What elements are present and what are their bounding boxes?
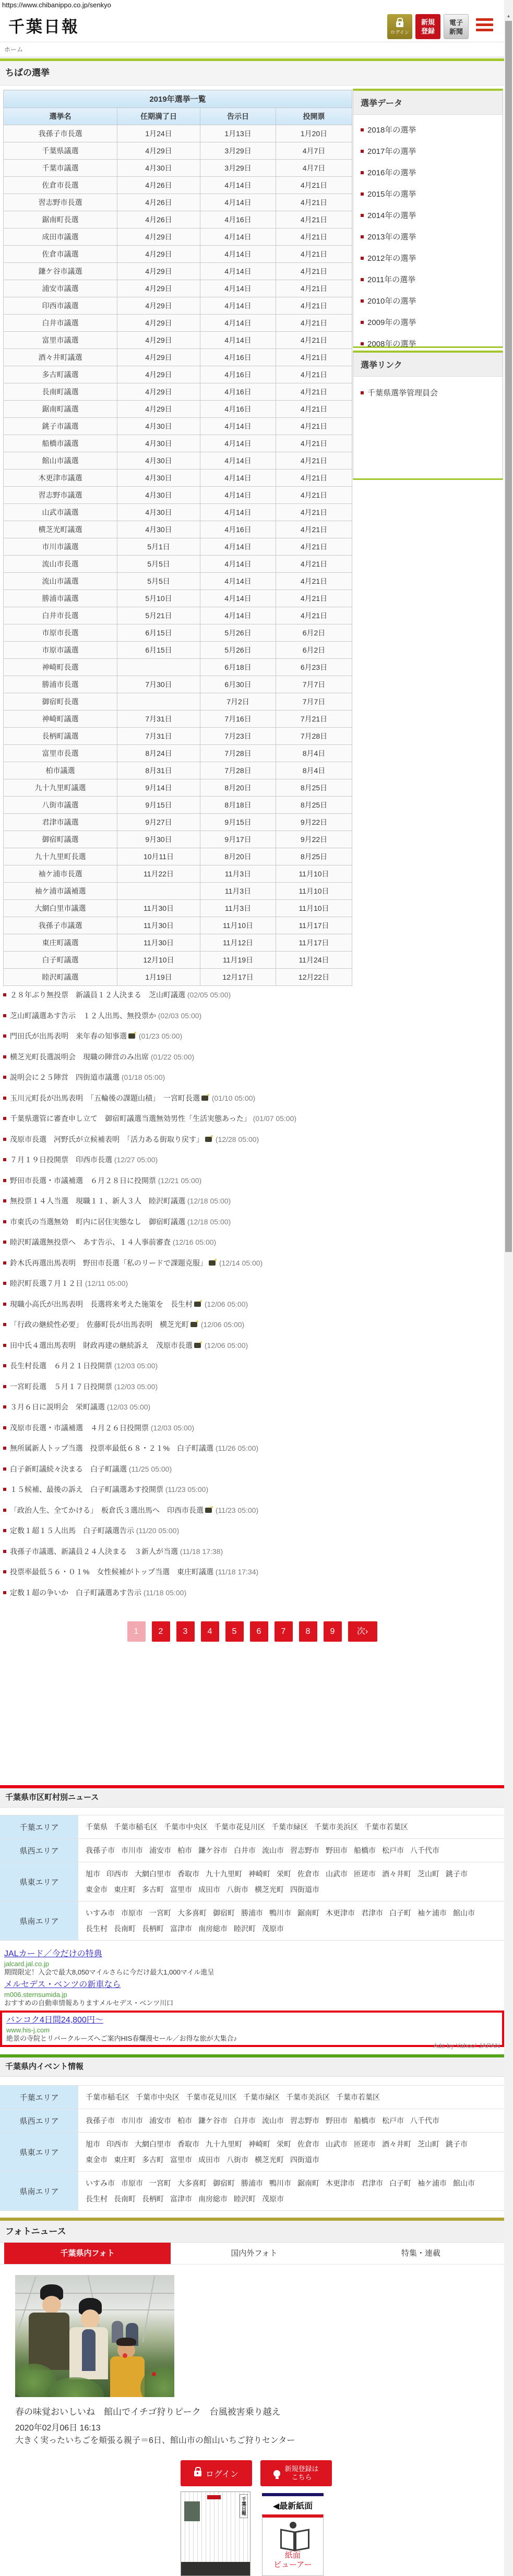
news-date: (01/23 05:00) — [137, 1032, 182, 1040]
news-item: 茂原市長選 河野氏が立候補表明 「活力ある街取り戻す」 (12/28 05:00… — [3, 1132, 368, 1153]
table-row: 柏市議選8月31日7月28日8月4日 — [4, 762, 352, 779]
election-date-cell: 11月10日 — [276, 900, 352, 917]
region-link[interactable]: 木更津市 — [326, 1905, 355, 1921]
newspaper-masthead: 千葉日報 — [240, 2494, 248, 2518]
region-link[interactable]: 木更津市 — [326, 2175, 355, 2191]
region-items: 千葉市稲毛区千葉市中央区千葉市花見川区千葉市緑区千葉市美浜区千葉市若葉区 — [78, 2086, 504, 2109]
page: https://www.chibanippo.co.jp/senkyo 千葉日報… — [0, 0, 513, 2576]
region-link[interactable]: 長南町 — [114, 1921, 136, 1936]
region-link[interactable]: 大多喜町 — [177, 1905, 207, 1921]
news-date: (12/03 05:00) — [112, 1362, 158, 1370]
election-date-cell: 4月21日 — [276, 211, 352, 228]
news-date: (02/05 05:00) — [185, 991, 231, 999]
region-link[interactable]: 白子町 — [389, 2175, 411, 2191]
news-item: 長生村長選 ６月２１日投開票 (12/03 05:00) — [3, 1358, 368, 1379]
pagination: 123456789次› — [0, 1621, 504, 1642]
election-date-cell: 4月21日 — [276, 315, 352, 332]
table-row: 佐倉市議選4月29日4月14日4月21日 — [4, 246, 352, 263]
region-link[interactable]: 千葉市若葉区 — [336, 2089, 380, 2105]
region-link[interactable]: 大網白里市 — [135, 2136, 171, 2152]
newspaper-front-page-thumbnail[interactable]: 千葉日報 — [181, 2491, 250, 2576]
table-caption: 2019年選挙一覧 — [4, 90, 352, 108]
region-link[interactable]: 大多喜町 — [177, 2175, 207, 2191]
news-item: 説明会に２５陣営 四街道市議選 (01/18 05:00) — [3, 1070, 368, 1091]
bullet-icon — [3, 1282, 6, 1285]
election-name-cell: 九十九里町長選 — [4, 848, 117, 865]
region-link[interactable]: 館山市 — [453, 1905, 475, 1921]
region-link[interactable]: 南房総市 — [198, 2191, 228, 2207]
region-link[interactable]: 鴨川市 — [269, 1905, 291, 1921]
ad-title-link[interactable]: JALカード／今だけの特典 — [4, 1949, 102, 1958]
news-link[interactable]: 説明会に２５陣営 四街道市議選 — [10, 1073, 120, 1081]
election-date-cell: 4月14日 — [200, 263, 276, 280]
election-date-cell: 4月21日 — [276, 573, 352, 590]
region-link[interactable]: 八千代市 — [410, 2113, 439, 2128]
region-link[interactable]: 成田市 — [198, 2152, 220, 2168]
pagination-page-5[interactable]: 5 — [225, 1621, 244, 1642]
region-link[interactable]: 南房総市 — [198, 1921, 228, 1936]
region-link[interactable]: 鴨川市 — [269, 2175, 291, 2191]
region-link[interactable]: 袖ケ浦市 — [417, 2175, 447, 2191]
news-link[interactable]: ３月６日に説明会 栄町議選 — [10, 1403, 105, 1411]
news-link[interactable]: 千葉県選管に審査申し立て 御宿町議選当選無効男性「生活実態あった」 — [10, 1114, 251, 1123]
region-link[interactable]: 匝瑳市 — [354, 2136, 376, 2152]
region-link[interactable]: 東金市 — [86, 2152, 108, 2168]
region-link[interactable]: 鋸南町 — [297, 1905, 319, 1921]
epaper-button[interactable]: 電子 新聞 — [444, 14, 469, 39]
scrollbar[interactable]: ▲ — [504, 0, 513, 2576]
region-link[interactable]: 東庄町 — [114, 1882, 136, 1897]
region-link[interactable]: 九十九里町 — [206, 1866, 242, 1882]
election-name-cell: 富里市議選 — [4, 332, 117, 349]
sidebar-year-link[interactable]: 2016年の選挙 — [367, 168, 416, 177]
region-link[interactable]: 我孫子市 — [86, 2113, 115, 2128]
region-link[interactable]: 一宮町 — [149, 2175, 171, 2191]
region-link[interactable]: 長南町 — [114, 2191, 136, 2207]
region-link[interactable]: 流山市 — [262, 1843, 284, 1858]
region-link[interactable]: 千葉市稲毛区 — [86, 2089, 129, 2105]
footer-register-button[interactable]: 新規登録はこちら — [260, 2460, 332, 2486]
region-link[interactable]: 銚子市 — [446, 1866, 468, 1882]
region-link[interactable]: 佐倉市 — [297, 2136, 319, 2152]
footer-login-button[interactable]: ログイン — [181, 2460, 252, 2486]
news-link[interactable]: 無投票１４人当選 現職１１、新人３人 睦沢町議選 — [10, 1197, 185, 1205]
region-link[interactable]: 横芝光町 — [255, 2152, 284, 2168]
region-label: 県西エリア — [0, 2109, 78, 2132]
bullet-icon — [361, 342, 364, 345]
bullet-icon — [361, 299, 364, 303]
region-link[interactable]: 千葉市美浜区 — [314, 1819, 358, 1835]
region-link[interactable]: 流山市 — [262, 2113, 284, 2128]
ad-title-link[interactable]: バンコク4日間24,800円～ — [6, 2016, 103, 2025]
sidebar-election-data-box: 選挙データ 2018年の選挙2017年の選挙2016年の選挙2015年の選挙20… — [353, 89, 503, 348]
region-link[interactable]: 酒々井町 — [382, 2136, 411, 2152]
pagination-page-9[interactable]: 9 — [324, 1621, 342, 1642]
epaper-label-2: 新聞 — [444, 27, 468, 36]
bullet-icon — [3, 1426, 6, 1429]
region-link[interactable]: 野田市 — [326, 1843, 348, 1858]
region-link[interactable]: 松戸市 — [382, 1843, 404, 1858]
pagination-next[interactable]: 次› — [348, 1621, 377, 1642]
election-date-cell: 4月21日 — [276, 366, 352, 383]
news-date: (12/11 05:00) — [83, 1279, 128, 1287]
region-link[interactable]: 長生村 — [86, 1921, 108, 1936]
news-link[interactable]: 茂原市長選 河野氏が立候補表明 「活力ある街取り戻す」 — [10, 1135, 204, 1143]
region-link[interactable]: 千葉市中央区 — [164, 1819, 208, 1835]
sidebar-year-link[interactable]: 2013年の選挙 — [367, 233, 416, 242]
table-row: 睦沢町議選1月19日12月17日12月22日 — [4, 969, 352, 986]
region-link[interactable]: 東金市 — [86, 1882, 108, 1897]
region-link[interactable]: 横芝光町 — [255, 1882, 284, 1897]
region-link[interactable]: 柏市 — [177, 1843, 192, 1858]
election-name-cell: 柏市議選 — [4, 762, 117, 779]
region-link[interactable]: 酒々井町 — [382, 1866, 411, 1882]
camera-icon — [128, 1033, 135, 1039]
event-row: 県南エリアいすみ市市原市一宮町大多喜町御宿町勝浦市鴨川市鋸南町木更津市君津市白子… — [0, 2172, 504, 2211]
election-date-cell: 8月4日 — [276, 745, 352, 762]
region-link[interactable]: 睦沢町 — [234, 1921, 256, 1936]
election-date-cell: 6月2日 — [276, 642, 352, 659]
region-link[interactable]: 山武市 — [326, 1866, 348, 1882]
region-link[interactable]: 芝山町 — [417, 1866, 439, 1882]
sidebar-year-item: 2015年の選挙 — [361, 183, 503, 204]
election-date-cell: 4月16日 — [200, 349, 276, 366]
sidebar-year-link[interactable]: 2009年の選挙 — [367, 318, 416, 327]
sidebar-external-link[interactable]: 千葉県選挙管理員会 — [367, 389, 438, 398]
region-link[interactable]: 君津市 — [361, 2175, 383, 2191]
bullet-icon — [3, 1220, 6, 1223]
region-link[interactable]: 白井市 — [234, 1843, 256, 1858]
region-link[interactable]: 栄町 — [277, 2136, 291, 2152]
breadcrumb-home[interactable]: ホーム — [4, 42, 23, 57]
region-link[interactable]: 千葉市稲毛区 — [114, 1819, 158, 1835]
news-link[interactable]: 投票率最低５６・０１% 女性候補がトップ当選 東庄町議選 — [10, 1568, 213, 1576]
region-link[interactable]: 千葉市緑区 — [243, 2089, 280, 2105]
news-date: (11/23 05:00) — [163, 1485, 208, 1494]
election-name-cell: 袖ケ浦市議補選 — [4, 883, 117, 900]
region-link[interactable]: 浦安市 — [149, 1843, 171, 1858]
region-link[interactable]: 山武市 — [326, 2136, 348, 2152]
region-link[interactable]: 勝浦市 — [241, 1905, 263, 1921]
region-link[interactable]: 睦沢町 — [234, 2191, 256, 2207]
region-link[interactable]: 習志野市 — [290, 2113, 319, 2128]
sidebar-year-link[interactable]: 2014年の選挙 — [367, 211, 416, 220]
sidebar-year-link[interactable]: 2017年の選挙 — [367, 147, 416, 156]
election-name-cell: 東庄町議選 — [4, 934, 117, 952]
region-link[interactable]: 船橋市 — [354, 1843, 376, 1858]
region-link[interactable]: 御宿町 — [213, 1905, 235, 1921]
ad-description: 絶景の寺院とリバークルーズへご案内HIS春爛漫セール／お得な旅が大集合♪ — [6, 2035, 498, 2042]
news-link[interactable]: 現職小高氏が出馬表明 長選将来考えた施策を 長生村 — [10, 1300, 193, 1308]
news-link[interactable]: 市東氏の当選無効 町内に居住実態なし 御宿町議選 — [10, 1218, 185, 1226]
pagination-page-2[interactable]: 2 — [152, 1621, 170, 1642]
region-link[interactable]: 茂原市 — [262, 1921, 284, 1936]
region-label: 県東エリア — [0, 2133, 78, 2171]
news-link[interactable]: 「政治人生、全てかける」 板倉氏３選出馬へ 印西市長選 — [10, 1506, 204, 1514]
region-link[interactable]: 千葉市花見川区 — [214, 1819, 265, 1835]
election-date-cell: 4月14日 — [200, 418, 276, 435]
region-link[interactable]: 長柄町 — [142, 1921, 164, 1936]
pagination-page-4[interactable]: 4 — [201, 1621, 219, 1642]
election-name-cell: 市川市議選 — [4, 538, 117, 556]
region-link[interactable]: 富里市 — [170, 1882, 192, 1897]
region-link[interactable]: 千葉市若葉区 — [364, 1819, 408, 1835]
news-link[interactable]: 定数１超１５人出馬 白子町議選告示 — [10, 1526, 134, 1535]
sidebar-year-item: 2009年の選挙 — [361, 311, 503, 333]
election-date-cell: 4月14日 — [200, 280, 276, 297]
bullet-icon — [3, 1261, 6, 1265]
election-year-list: 2018年の選挙2017年の選挙2016年の選挙2015年の選挙2014年の選挙… — [353, 119, 503, 354]
table-row: 我孫子市議選11月30日11月10日11月17日 — [4, 917, 352, 934]
news-link[interactable]: ７月１９日投開票 印西市長選 — [10, 1155, 112, 1164]
region-link[interactable]: 長生村 — [86, 2191, 108, 2207]
election-table: 2019年選挙一覧選挙名任期満了日告示日投開票我孫子市長選1月24日1月13日1… — [3, 90, 352, 986]
election-date-cell: 4月7日 — [276, 160, 352, 177]
paper-viewer-button[interactable]: 紙面ビューアー — [262, 2514, 324, 2576]
register-button[interactable]: 新規 登録 — [415, 14, 440, 39]
election-date-cell: 11月17日 — [276, 917, 352, 934]
bullet-icon — [3, 1591, 6, 1594]
pagination-page-3[interactable]: 3 — [176, 1621, 195, 1642]
scrollbar-handle[interactable] — [505, 21, 512, 1252]
tab-特集・連載[interactable]: 特集・連載 — [338, 2243, 504, 2264]
region-link[interactable]: 神崎町 — [248, 1866, 270, 1882]
news-link[interactable]: 無所属新人トップ当選 投票率最低６８・２１% 白子町議選 — [10, 1444, 213, 1452]
election-name-cell: 我孫子市長選 — [4, 125, 117, 142]
region-link[interactable]: 勝浦市 — [241, 2175, 263, 2191]
news-date: (01/18 05:00) — [120, 1073, 165, 1081]
region-link[interactable]: 成田市 — [198, 1882, 220, 1897]
sidebar-links-title: 選挙リンク — [353, 353, 503, 377]
news-link[interactable]: 睦沢町長選７月１２日 — [10, 1279, 83, 1287]
news-link[interactable]: 門田氏が出馬表明 来年春の知事選 — [10, 1032, 127, 1040]
sidebar-year-link[interactable]: 2011年の選挙 — [367, 275, 415, 284]
table-row: 東庄町議選11月30日11月12日11月17日 — [4, 934, 352, 952]
sidebar-year-link[interactable]: 2010年の選挙 — [367, 297, 416, 306]
news-link[interactable]: 定数１超の争いか 白子町議選あす告示 — [10, 1588, 141, 1597]
election-name-cell: 横芝光町議選 — [4, 521, 117, 538]
election-name-cell: 長南町議選 — [4, 383, 117, 401]
bullet-icon — [3, 1467, 6, 1471]
region-link[interactable]: 香取市 — [177, 1866, 199, 1882]
region-link[interactable]: いすみ市 — [86, 1905, 115, 1921]
sidebar-year-item: 2011年の選挙 — [361, 269, 503, 290]
site-logo[interactable]: 千葉日報 — [8, 14, 79, 37]
tab-国内外フォト[interactable]: 国内外フォト — [171, 2243, 337, 2264]
region-link[interactable]: 四街道市 — [290, 2152, 319, 2168]
election-name-cell: 君津市議選 — [4, 814, 117, 831]
region-link[interactable]: 千葉市中央区 — [136, 2089, 180, 2105]
region-link[interactable]: 船橋市 — [354, 2113, 376, 2128]
region-link[interactable]: 我孫子市 — [86, 1843, 115, 1858]
region-link[interactable]: 習志野市 — [290, 1843, 319, 1858]
region-link[interactable]: 印西市 — [106, 2136, 128, 2152]
sidebar-year-link[interactable]: 2012年の選挙 — [367, 254, 416, 263]
news-link[interactable]: 白子新町議続々決まる 白子町議選 — [10, 1465, 127, 1473]
region-link[interactable]: 千葉市花見川区 — [186, 2089, 237, 2105]
region-label: 県南エリア — [0, 2172, 78, 2210]
election-date-cell: 4月14日 — [200, 504, 276, 521]
news-item: ３月６日に説明会 栄町議選 (12/03 05:00) — [3, 1400, 368, 1421]
region-link[interactable]: 柏市 — [177, 2113, 192, 2128]
region-link[interactable]: 市原市 — [121, 2175, 143, 2191]
region-link[interactable]: いすみ市 — [86, 2175, 115, 2191]
scrollbar-up-arrow[interactable]: ▲ — [504, 11, 513, 20]
photo-caption[interactable]: 春の味覚おいしいね 館山でイチゴ狩りピーク 台風被害乗り越え — [15, 2404, 281, 2417]
election-date-cell: 4月14日 — [200, 177, 276, 194]
election-date-cell: 4月14日 — [200, 332, 276, 349]
table-row: 袖ケ浦市長選11月22日11月3日11月10日 — [4, 865, 352, 883]
news-link[interactable]: 睦沢町議選無投票へ あす告示、１４人事前審査 — [10, 1238, 171, 1246]
region-link[interactable]: 富津市 — [170, 1921, 192, 1936]
election-date-cell: 4月29日 — [117, 228, 200, 246]
election-date-cell: 4月7日 — [276, 142, 352, 160]
region-link[interactable]: 旭市 — [86, 2136, 100, 2152]
region-link[interactable]: 長柄町 — [142, 2191, 164, 2207]
news-link[interactable]: 横芝光町長選説明会 現職の陣営のみ出席 — [10, 1053, 149, 1061]
bullet-icon — [3, 1014, 6, 1017]
news-item: 千葉県選管に審査申し立て 御宿町議選当選無効男性「生活実態あった」 (01/07… — [3, 1111, 368, 1132]
election-name-cell: 市原市議選 — [4, 642, 117, 659]
region-link[interactable]: 千葉市緑区 — [271, 1819, 308, 1835]
region-link[interactable]: 松戸市 — [382, 2113, 404, 2128]
tab-千葉県内フォト[interactable]: 千葉県内フォト — [4, 2243, 171, 2264]
election-date-cell: 4月21日 — [276, 504, 352, 521]
region-link[interactable]: 千葉県 — [86, 1819, 108, 1835]
menu-icon[interactable] — [476, 18, 493, 33]
election-date-cell: 11月30日 — [117, 934, 200, 952]
table-row: 袖ケ浦市議補選11月3日11月10日 — [4, 883, 352, 900]
sidebar-year-item: 2016年の選挙 — [361, 162, 503, 183]
region-link[interactable]: 八千代市 — [410, 1843, 439, 1858]
region-link[interactable]: 栄町 — [277, 1866, 291, 1882]
table-row: 鋸南町議選4月29日4月16日4月21日 — [4, 401, 352, 418]
pagination-page-6[interactable]: 6 — [250, 1621, 268, 1642]
region-link[interactable]: 多古町 — [142, 2152, 164, 2168]
region-link[interactable]: 白井市 — [234, 2113, 256, 2128]
bullet-icon — [3, 1488, 6, 1491]
news-link[interactable]: 田中氏４選出馬表明 財政再建の継続訴え 茂原市長選 — [10, 1341, 193, 1350]
region-link[interactable]: 八街市 — [226, 2152, 248, 2168]
news-link[interactable]: 一宮町長選 ５月１７日投開票 — [10, 1382, 112, 1391]
region-link[interactable]: 香取市 — [177, 2136, 199, 2152]
region-link[interactable]: 市原市 — [121, 1905, 143, 1921]
table-row: 銚子市議選4月30日4月14日4月21日 — [4, 418, 352, 435]
election-date-cell: 11月12日 — [200, 934, 276, 952]
region-link[interactable]: 東庄町 — [114, 2152, 136, 2168]
news-link[interactable]: 鈴木氏再選出馬表明 野田市長選「私のリードで課題克服」 — [10, 1259, 207, 1267]
pagination-page-7[interactable]: 7 — [275, 1621, 293, 1642]
region-link[interactable]: 多古町 — [142, 1882, 164, 1897]
region-link[interactable]: 八街市 — [226, 1882, 248, 1897]
election-date-cell: 4月21日 — [276, 297, 352, 315]
region-link[interactable]: 銚子市 — [446, 2136, 468, 2152]
news-link[interactable]: 玉川元町長が出馬表明 「五輪後の課題山積」 一宮町長選 — [10, 1094, 200, 1102]
region-link[interactable]: 御宿町 — [213, 2175, 235, 2191]
event-title: 千葉県内イベント情報 — [0, 2057, 504, 2076]
election-date-cell: 6月2日 — [276, 624, 352, 642]
pagination-page-8[interactable]: 8 — [299, 1621, 317, 1642]
bullet-icon — [3, 1323, 6, 1326]
column-header: 選挙名 — [4, 108, 117, 125]
news-link[interactable]: 「行政の継続性必要」 佐藤町長が出馬表明 横芝光町 — [10, 1320, 189, 1329]
region-link[interactable]: 芝山町 — [417, 2136, 439, 2152]
region-link[interactable]: 鋸南町 — [297, 2175, 319, 2191]
election-name-cell: 浦安市議選 — [4, 280, 117, 297]
election-date-cell: 4月26日 — [117, 194, 200, 211]
login-button[interactable]: ログイン — [387, 14, 412, 39]
election-date-cell: 4月21日 — [276, 383, 352, 401]
region-link[interactable]: 市川市 — [121, 2113, 143, 2128]
bullet-icon — [361, 321, 364, 324]
table-row: 勝浦市長選7月30日6月30日7月7日 — [4, 676, 352, 693]
election-date-cell: 4月21日 — [276, 228, 352, 246]
election-date-cell: 12月22日 — [276, 969, 352, 986]
region-link[interactable]: 館山市 — [453, 2175, 475, 2191]
region-link[interactable]: 大網白里市 — [135, 1866, 171, 1882]
region-link[interactable]: 君津市 — [361, 1905, 383, 1921]
region-link[interactable]: 九十九里町 — [206, 2136, 242, 2152]
region-link[interactable]: 神崎町 — [248, 2136, 270, 2152]
region-link[interactable]: 袖ケ浦市 — [417, 1905, 447, 1921]
muni-news-row: 県東エリア旭市印西市大網白里市香取市九十九里町神崎町栄町佐倉市山武市匝瑳市酒々井… — [0, 1862, 504, 1901]
region-link[interactable]: 旭市 — [86, 1866, 100, 1882]
table-row: 長南町議選4月29日4月16日4月21日 — [4, 383, 352, 401]
sidebar-year-item: 2010年の選挙 — [361, 290, 503, 311]
news-link[interactable]: 長生村長選 ６月２１日投開票 — [10, 1362, 112, 1370]
news-item: 白子新町議続々決まる 白子町議選 (11/25 05:00) — [3, 1462, 368, 1483]
news-link[interactable]: 茂原市長選・市議補選 ４月２６日投開票 — [10, 1424, 149, 1432]
region-link[interactable]: 白子町 — [389, 1905, 411, 1921]
news-link[interactable]: 野田市長選・市議補選 ６月２８日に投開票 — [10, 1176, 156, 1185]
region-link[interactable]: 一宮町 — [149, 1905, 171, 1921]
region-link[interactable]: 印西市 — [106, 1866, 128, 1882]
region-link[interactable]: 佐倉市 — [297, 1866, 319, 1882]
election-date-cell: 11月3日 — [200, 900, 276, 917]
news-item: ７月１９日投開票 印西市長選 (12/27 05:00) — [3, 1152, 368, 1173]
sidebar-year-link[interactable]: 2015年の選挙 — [367, 190, 416, 199]
ad-title-link[interactable]: メルセデス・ベンツの新車なら — [4, 1980, 121, 1989]
region-link[interactable]: 浦安市 — [149, 2113, 171, 2128]
muni-news-row: 県南エリアいすみ市市原市一宮町大多喜町御宿町勝浦市鴨川市鋸南町木更津市君津市白子… — [0, 1901, 504, 1941]
region-link[interactable]: 市川市 — [121, 1843, 143, 1858]
photo-news-image[interactable] — [15, 2275, 174, 2397]
sidebar-year-link[interactable]: 2008年の選挙 — [367, 340, 416, 348]
election-name-cell: 鋸南町議選 — [4, 401, 117, 418]
region-link[interactable]: 千葉市美浜区 — [286, 2089, 330, 2105]
region-link[interactable]: 鎌ケ谷市 — [198, 2113, 228, 2128]
region-link[interactable]: 富里市 — [170, 2152, 192, 2168]
election-name-cell: 袖ケ浦市長選 — [4, 865, 117, 883]
region-link[interactable]: 匝瑳市 — [354, 1866, 376, 1882]
region-link[interactable]: 富津市 — [170, 2191, 192, 2207]
news-link[interactable]: １５候補、最後の訴え 白子町議選あす投開票 — [10, 1485, 163, 1494]
region-link[interactable]: 茂原市 — [262, 2191, 284, 2207]
camera-icon — [201, 1096, 208, 1101]
news-link[interactable]: 我孫子市議選、新議員２４人決まる ３新人が当選 — [10, 1547, 178, 1556]
election-name-cell: 銚子市議選 — [4, 418, 117, 435]
pagination-page-1[interactable]: 1 — [127, 1621, 146, 1642]
sidebar-year-link[interactable]: 2018年の選挙 — [367, 126, 416, 135]
region-link[interactable]: 野田市 — [326, 2113, 348, 2128]
election-date-cell: 4月21日 — [276, 349, 352, 366]
latest-paper-label[interactable]: ◀最新紙面 — [262, 2499, 324, 2511]
region-link[interactable]: 鎌ケ谷市 — [198, 1843, 228, 1858]
news-link[interactable]: 芝山町議選あす告示 １２人出馬、無投票か — [10, 1012, 156, 1020]
news-link[interactable]: ２８年ぶり無投票 新議員１２人決まる 芝山町議選 — [10, 991, 185, 999]
region-items: 旭市印西市大網白里市香取市九十九里町神崎町栄町佐倉市山武市匝瑳市酒々井町芝山町銚… — [78, 2133, 504, 2171]
region-link[interactable]: 四街道市 — [290, 1882, 319, 1897]
